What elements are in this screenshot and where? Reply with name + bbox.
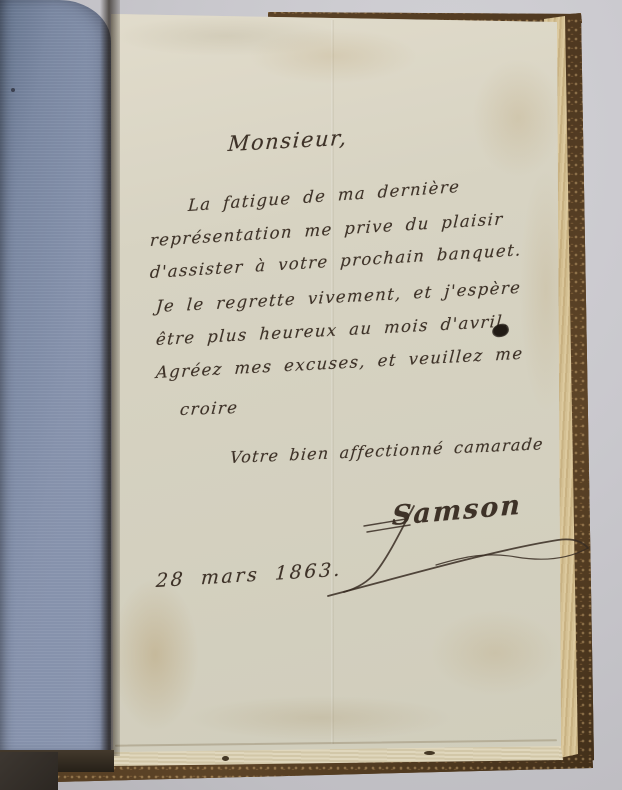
ink-speck: [222, 756, 229, 761]
blue-endpaper-page: [0, 0, 111, 754]
photo-of-bound-letter: Monsieur, La fatigue de ma dernière repr…: [0, 0, 622, 790]
endpaper-speck: [11, 88, 15, 92]
gutter-shadow: [100, 0, 120, 756]
signature-flourish: [318, 494, 598, 606]
ink-speck: [424, 751, 435, 755]
letter-line-7: croire: [179, 398, 239, 419]
bottom-left-shadow: [0, 752, 58, 790]
